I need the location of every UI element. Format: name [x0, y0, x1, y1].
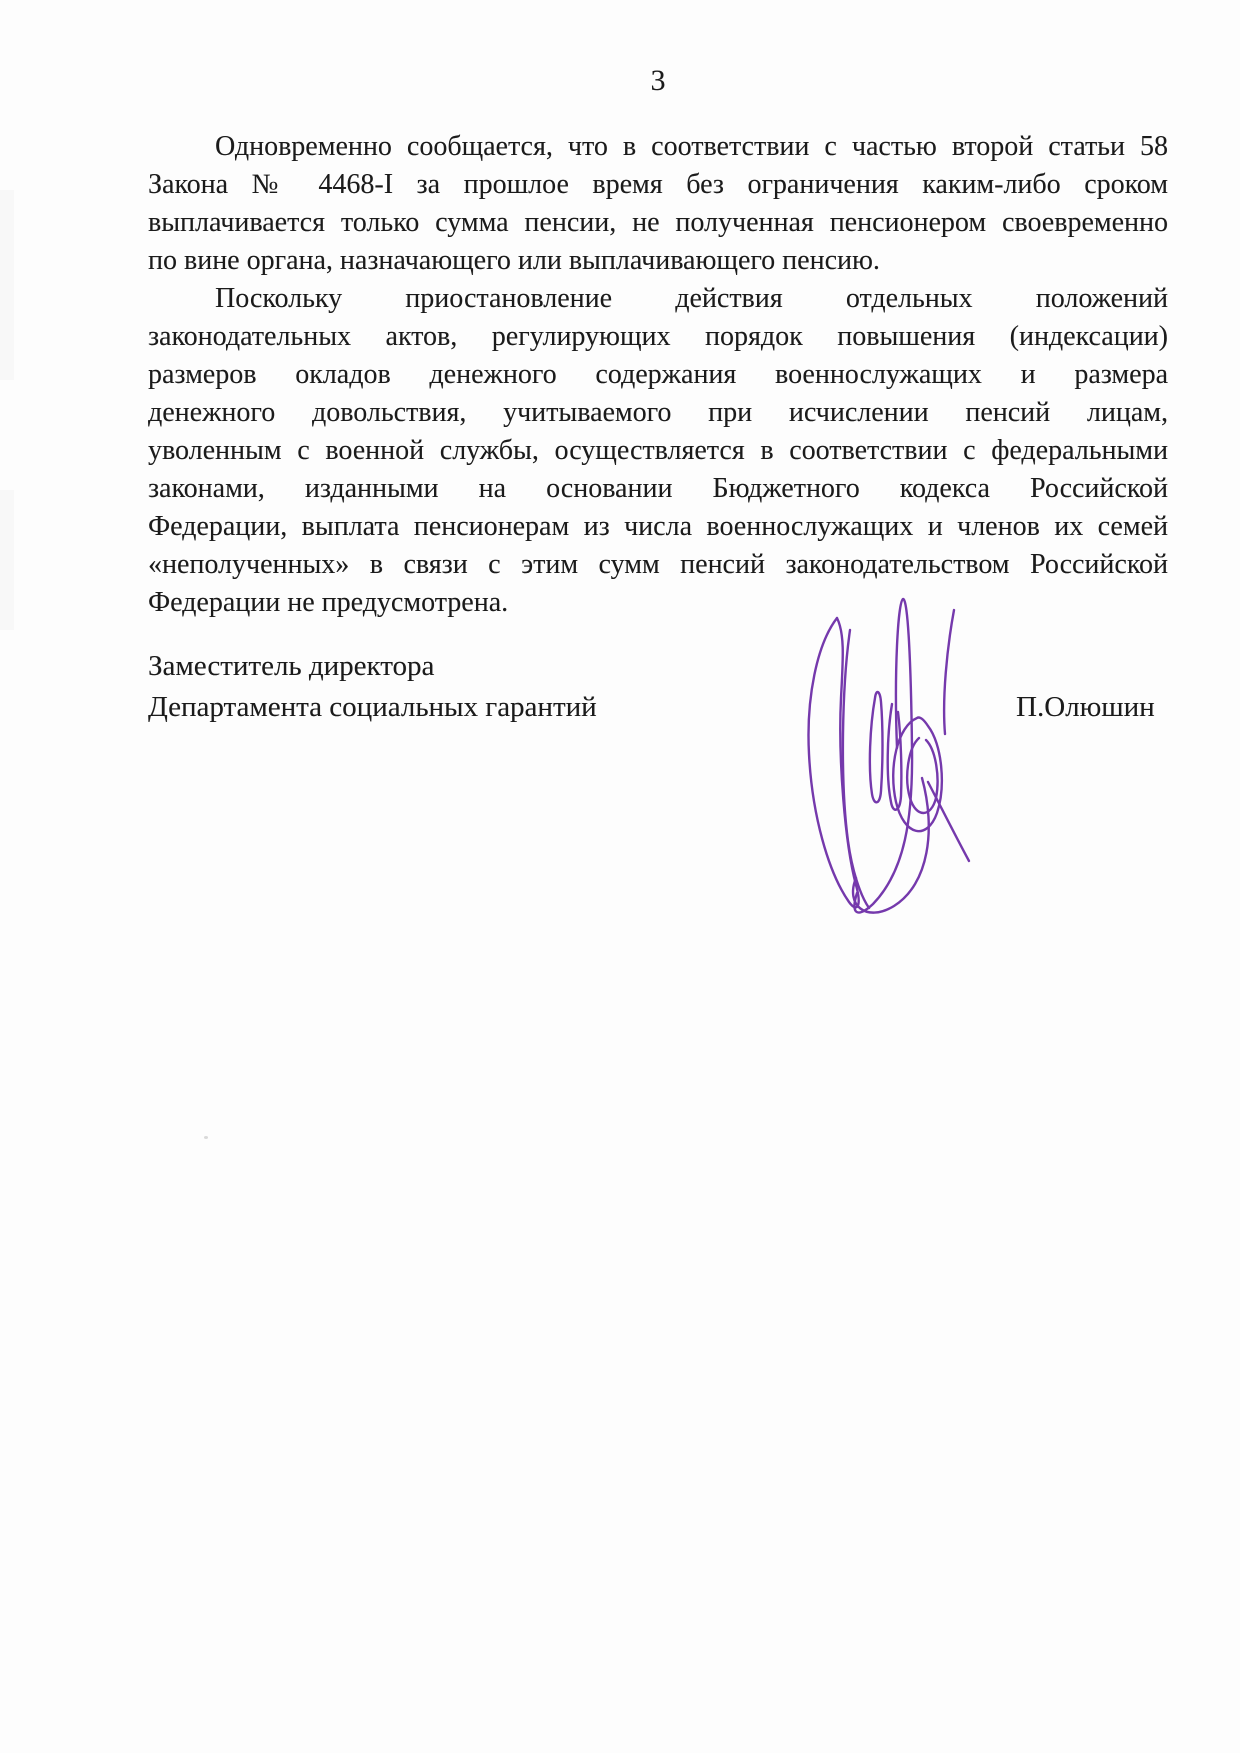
signer-title-line-2: Департамента социальных гарантий: [148, 687, 597, 728]
paragraph-indexation-suspension: Поскольку приостановление действия отдел…: [148, 280, 1168, 622]
text-line: размеров окладов денежного содержания во…: [148, 356, 1168, 394]
scan-edge-smudge: [0, 190, 14, 380]
text-line: по вине органа, назначающего или выплачи…: [148, 242, 1168, 280]
paragraph-payment-terms: Одновременно сообщается, что в соответст…: [148, 128, 1168, 280]
signer-title-line-1: Заместитель директора: [148, 646, 597, 687]
text-line: Федерации не предусмотрена.: [148, 584, 1168, 622]
text-line: законодательных актов, регулирующих поря…: [148, 318, 1168, 356]
signer-title: Заместитель директора Департамента социа…: [148, 646, 597, 728]
letter-body: Одновременно сообщается, что в соответст…: [148, 128, 1168, 622]
scanned-letter-page: 3 Одновременно сообщается, что в соответ…: [0, 0, 1240, 1753]
text-line: уволенным с военной службы, осуществляет…: [148, 432, 1168, 470]
text-line: Федерации, выплата пенсионерам из числа …: [148, 508, 1168, 546]
page-number: 3: [148, 64, 1168, 98]
scan-edge-smudge: [0, 490, 14, 630]
signer-name: П.Олюшин: [1016, 690, 1155, 724]
text-line: «неполученных» в связи с этим сумм пенси…: [148, 546, 1168, 584]
text-line: Закона № 4468-I за прошлое время без огр…: [148, 166, 1168, 204]
text-line: выплачивается только сумма пенсии, не по…: [148, 204, 1168, 242]
text-line: Одновременно сообщается, что в соответст…: [148, 128, 1168, 166]
handwritten-signature-ink: [795, 586, 980, 931]
scan-speck: [204, 1136, 208, 1139]
text-line: Поскольку приостановление действия отдел…: [148, 280, 1168, 318]
text-line: законами, изданными на основании Бюджетн…: [148, 470, 1168, 508]
text-line: денежного довольствия, учитываемого при …: [148, 394, 1168, 432]
signature-strokes: [809, 599, 969, 913]
